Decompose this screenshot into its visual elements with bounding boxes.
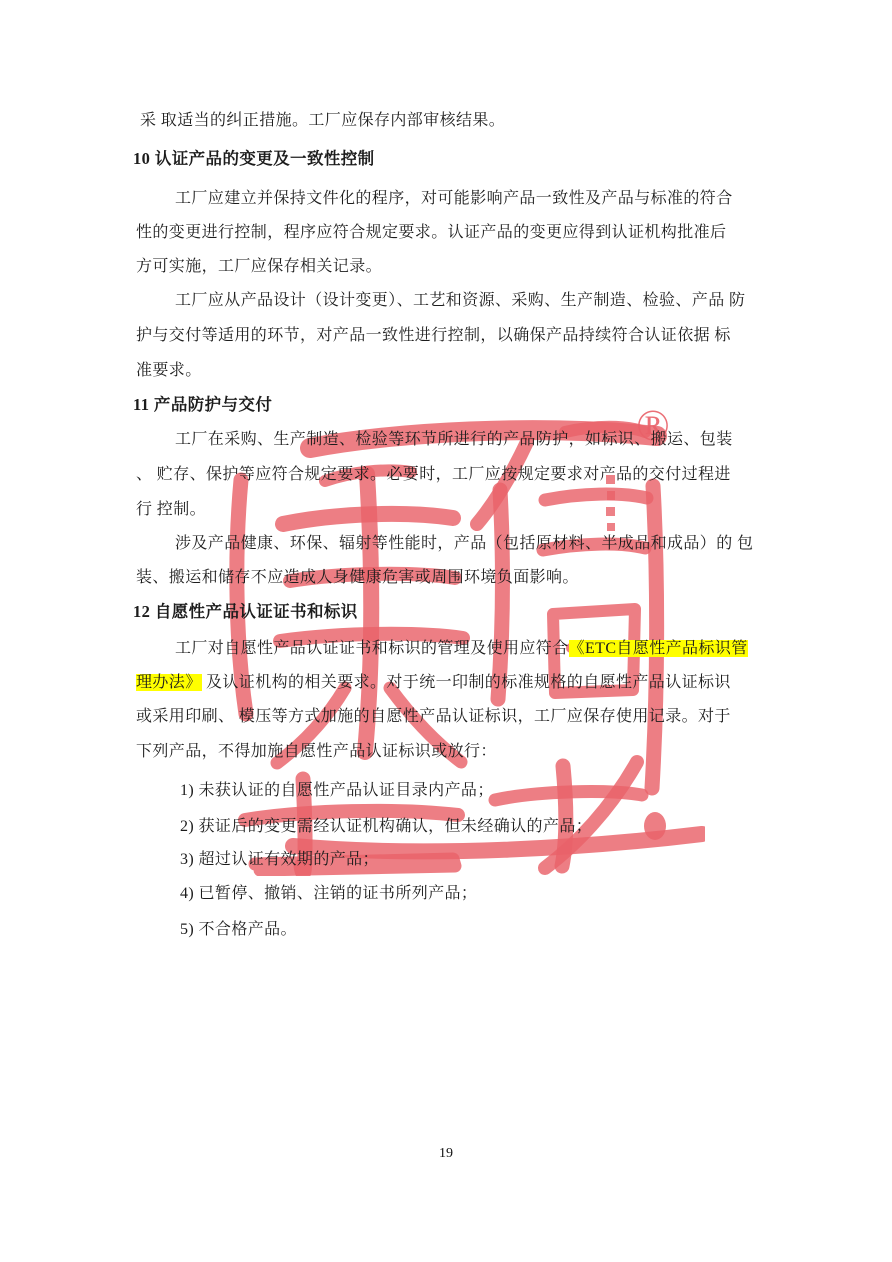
section-heading-10: 10 认证产品的变更及一致性控制	[133, 148, 375, 170]
paragraph-line: 方可实施，工厂应保存相关记录。	[136, 256, 382, 278]
paragraph-line: 装、搬运和储存不应造成人身健康危害或周围环境负面影响。	[136, 567, 579, 589]
paragraph-line: 工厂对自愿性产品认证证书和标识的管理及使用应符合《ETC自愿性产品标识管	[175, 638, 748, 660]
list-item: 4) 已暂停、撤销、注销的证书所列产品；	[180, 883, 477, 905]
document-page: ® 采 取适当的纠正措施。工厂应保存内部审核结果。 10 认证产品的变更及一致性…	[0, 0, 892, 1262]
paragraph-line: 工厂应从产品设计（设计变更）、工艺和资源、采购、生产制造、检验、产品 防	[175, 290, 745, 312]
section-number: 10	[133, 149, 150, 168]
paragraph-line: 行 控制。	[136, 499, 206, 521]
paragraph-line: 采 取适当的纠正措施。工厂应保存内部审核结果。	[140, 110, 505, 132]
paragraph-line: 或采用印刷、 模压等方式加施的自愿性产品认证标识，工厂应保存使用记录。对于	[136, 706, 731, 728]
highlighted-text: 理办法》	[136, 674, 202, 691]
page-number: 19	[0, 1146, 892, 1162]
document-body: 采 取适当的纠正措施。工厂应保存内部审核结果。 10 认证产品的变更及一致性控制…	[0, 0, 892, 1262]
paragraph-line: 工厂应建立并保持文件化的程序，对可能影响产品一致性及产品与标准的符合	[175, 188, 733, 210]
highlighted-text: 《ETC自愿性产品标识管	[569, 640, 748, 657]
paragraph-line: 、 贮存、保护等应符合规定要求。必要时，工厂应按规定要求对产品的交付过程进	[136, 464, 731, 486]
paragraph-text: 及认证机构的相关要求。对于统一印制的标准规格的自愿性产品认证标识	[202, 674, 731, 691]
paragraph-line: 涉及产品健康、环保、辐射等性能时，产品（包括原材料、半成品和成品）的 包	[175, 533, 753, 555]
paragraph-line: 理办法》 及认证机构的相关要求。对于统一印制的标准规格的自愿性产品认证标识	[136, 672, 731, 694]
paragraph-text: 工厂对自愿性产品认证证书和标识的管理及使用应符合	[175, 640, 569, 657]
section-heading-11: 11 产品防护与交付	[133, 394, 272, 416]
paragraph-line: 下列产品，不得加施自愿性产品认证标识或放行：	[136, 741, 497, 763]
section-heading-12: 12 自愿性产品认证证书和标识	[133, 601, 358, 623]
section-title: 自愿性产品认证证书和标识	[155, 603, 358, 621]
paragraph-line: 工厂在采购、生产制造、检验等环节所进行的产品防护，如标识、搬运、包装	[175, 429, 733, 451]
section-number: 11	[133, 395, 149, 414]
list-item: 1) 未获认证的自愿性产品认证目录内产品；	[180, 780, 494, 802]
paragraph-line: 准要求。	[136, 360, 202, 382]
paragraph-line: 性的变更进行控制，程序应符合规定要求。认证产品的变更应得到认证机构批准后	[136, 222, 726, 244]
section-number: 12	[133, 602, 150, 621]
list-item: 5) 不合格产品。	[180, 919, 297, 941]
list-item: 2) 获证后的变更需经认证机构确认，但未经确认的产品；	[180, 816, 592, 838]
paragraph-line: 护与交付等适用的环节，对产品一致性进行控制，以确保产品持续符合认证依据 标	[136, 325, 731, 347]
section-title: 认证产品的变更及一致性控制	[155, 150, 375, 168]
list-item: 3) 超过认证有效期的产品；	[180, 849, 379, 871]
section-title: 产品防护与交付	[154, 396, 272, 414]
